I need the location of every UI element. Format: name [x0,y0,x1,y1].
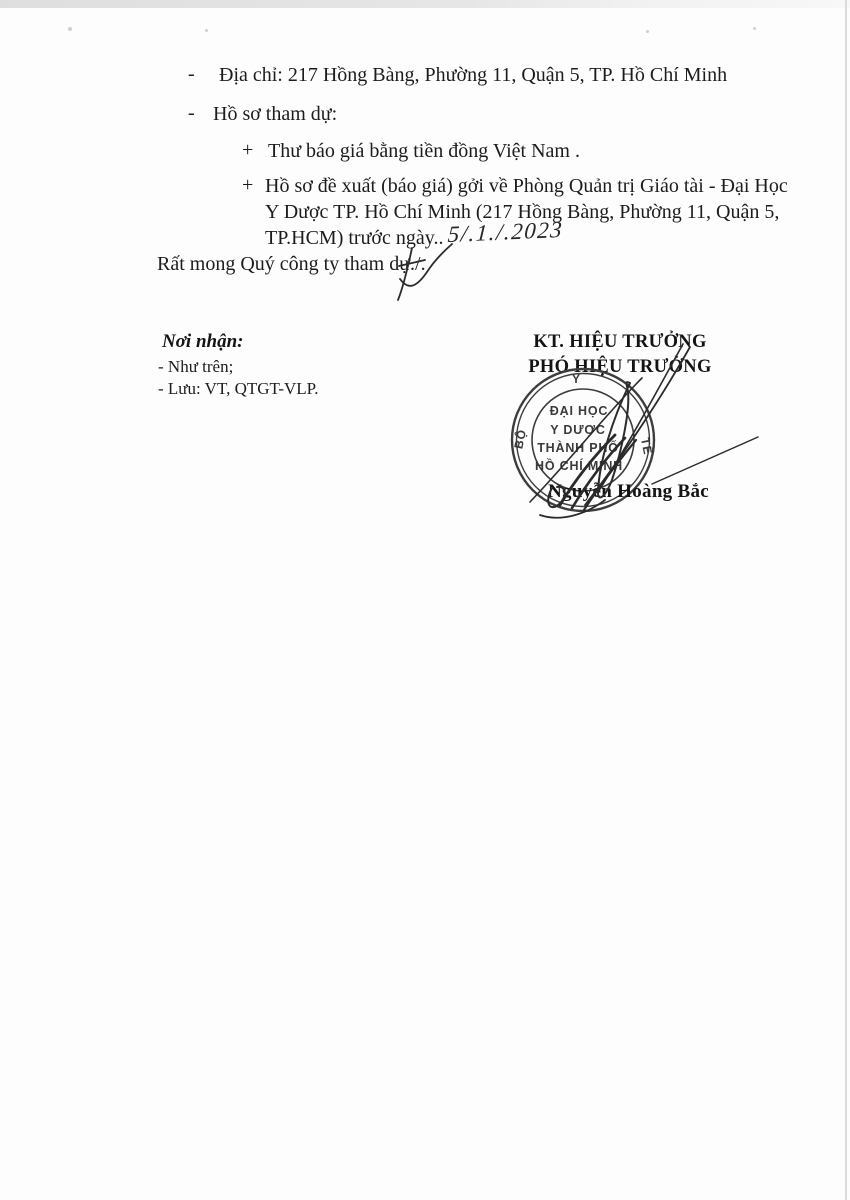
scan-speck [68,27,72,31]
handwritten-tick [398,248,412,300]
scan-speck [646,30,649,33]
recipient-item: - Lưu: VT, QTGT-VLP. [158,379,318,399]
scan-speck [205,29,208,32]
document-page: - Địa chỉ: 217 Hồng Bàng, Phường 11, Quậ… [0,0,850,1200]
recipient-item: - Như trên; [158,357,233,377]
signature-stroke [598,382,630,497]
sub-bullet-plus: + [242,139,253,162]
address-line: Địa chỉ: 217 Hồng Bàng, Phường 11, Quận … [219,63,727,87]
signature-stroke [652,437,758,484]
signature-stroke [530,378,642,502]
quote-line: Thư báo giá bằng tiền đồng Việt Nam . [268,139,580,163]
proposal-line-1: Hồ sơ đề xuất (báo giá) gởi về Phòng Quả… [265,174,788,198]
handwritten-tick [399,260,425,266]
scan-artifact-right-line [845,0,847,1200]
recipients-heading: Nơi nhận: [162,331,243,353]
scan-speck [753,27,756,30]
bullet-dash: - [188,63,195,86]
dossier-line: Hồ sơ tham dự: [213,102,337,126]
scan-artifact-top-band [0,0,850,8]
signature-stroke [584,440,636,510]
signature [380,230,810,530]
bullet-dash: - [188,102,195,125]
signature-stroke [560,435,615,505]
sub-bullet-plus: + [242,174,253,197]
